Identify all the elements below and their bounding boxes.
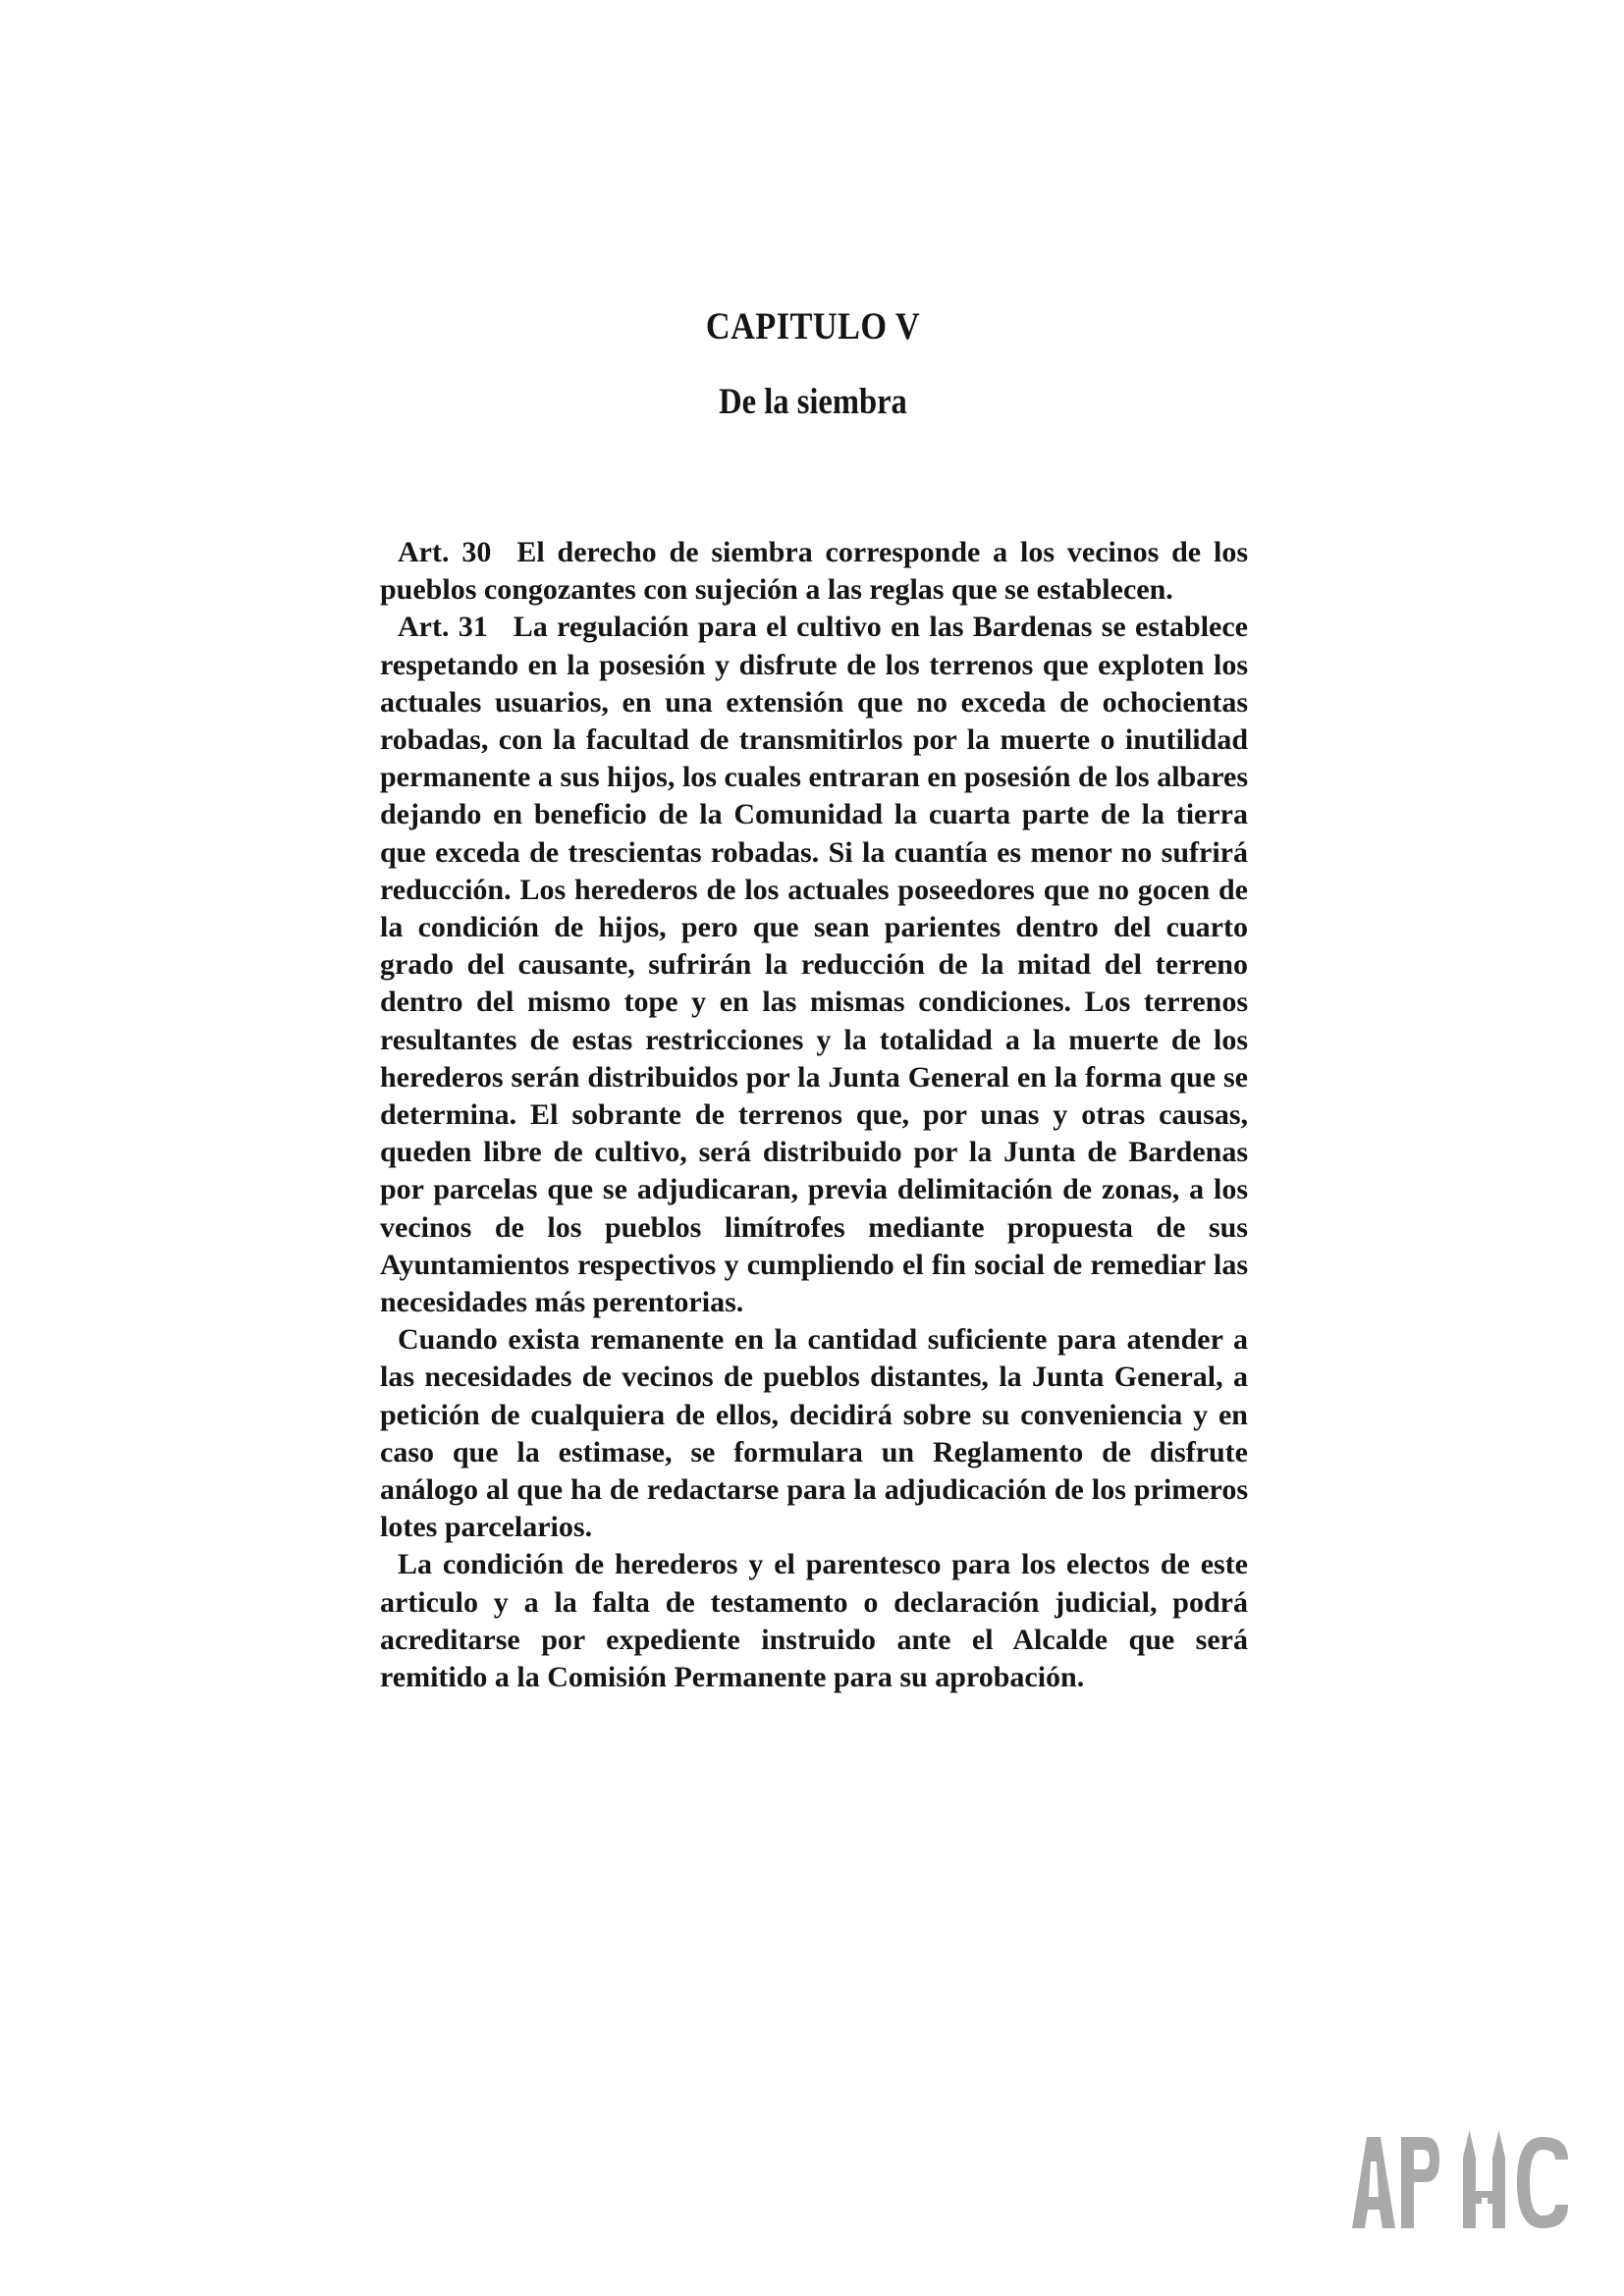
watermark-letters — [1352, 2130, 1568, 2228]
paragraph-art-31: Art. 31La regulación para el cultivo en … — [380, 609, 1248, 1321]
watermark-letter-h-right-tower — [1492, 2130, 1505, 2228]
document-page: CAPITULO V De la siembra Art. 30El derec… — [0, 0, 1624, 2296]
watermark-letter-p — [1401, 2137, 1439, 2228]
document-body: Art. 30El derecho de siembra corresponde… — [380, 534, 1248, 1696]
chapter-subtitle: De la siembra — [431, 384, 1195, 420]
article-text: El derecho de siembra corresponde a los … — [380, 536, 1248, 606]
article-number: Art. 31 — [398, 611, 488, 643]
article-text: Cuando exista remanente en la cantidad s… — [380, 1323, 1248, 1543]
article-text: La regulación para el cultivo en las Bar… — [380, 611, 1248, 1318]
article-number: Art. 30 — [398, 536, 491, 568]
aphc-watermark-logo — [1350, 2130, 1568, 2228]
watermark-letter-h-crossbar — [1476, 2191, 1492, 2204]
article-text: La condición de herederos y el parentesc… — [380, 1548, 1248, 1693]
paragraph-remanente: Cuando exista remanente en la cantidad s… — [380, 1321, 1248, 1546]
chapter-title: CAPITULO V — [431, 307, 1195, 346]
watermark-letter-a — [1352, 2137, 1395, 2228]
watermark-logo-graphic — [1350, 2130, 1568, 2228]
paragraph-art-30: Art. 30El derecho de siembra corresponde… — [380, 534, 1248, 609]
watermark-letter-h-left-tower — [1463, 2130, 1476, 2228]
paragraph-condicion-herederos: La condición de herederos y el parentesc… — [380, 1546, 1248, 1696]
watermark-letter-c — [1517, 2137, 1568, 2228]
